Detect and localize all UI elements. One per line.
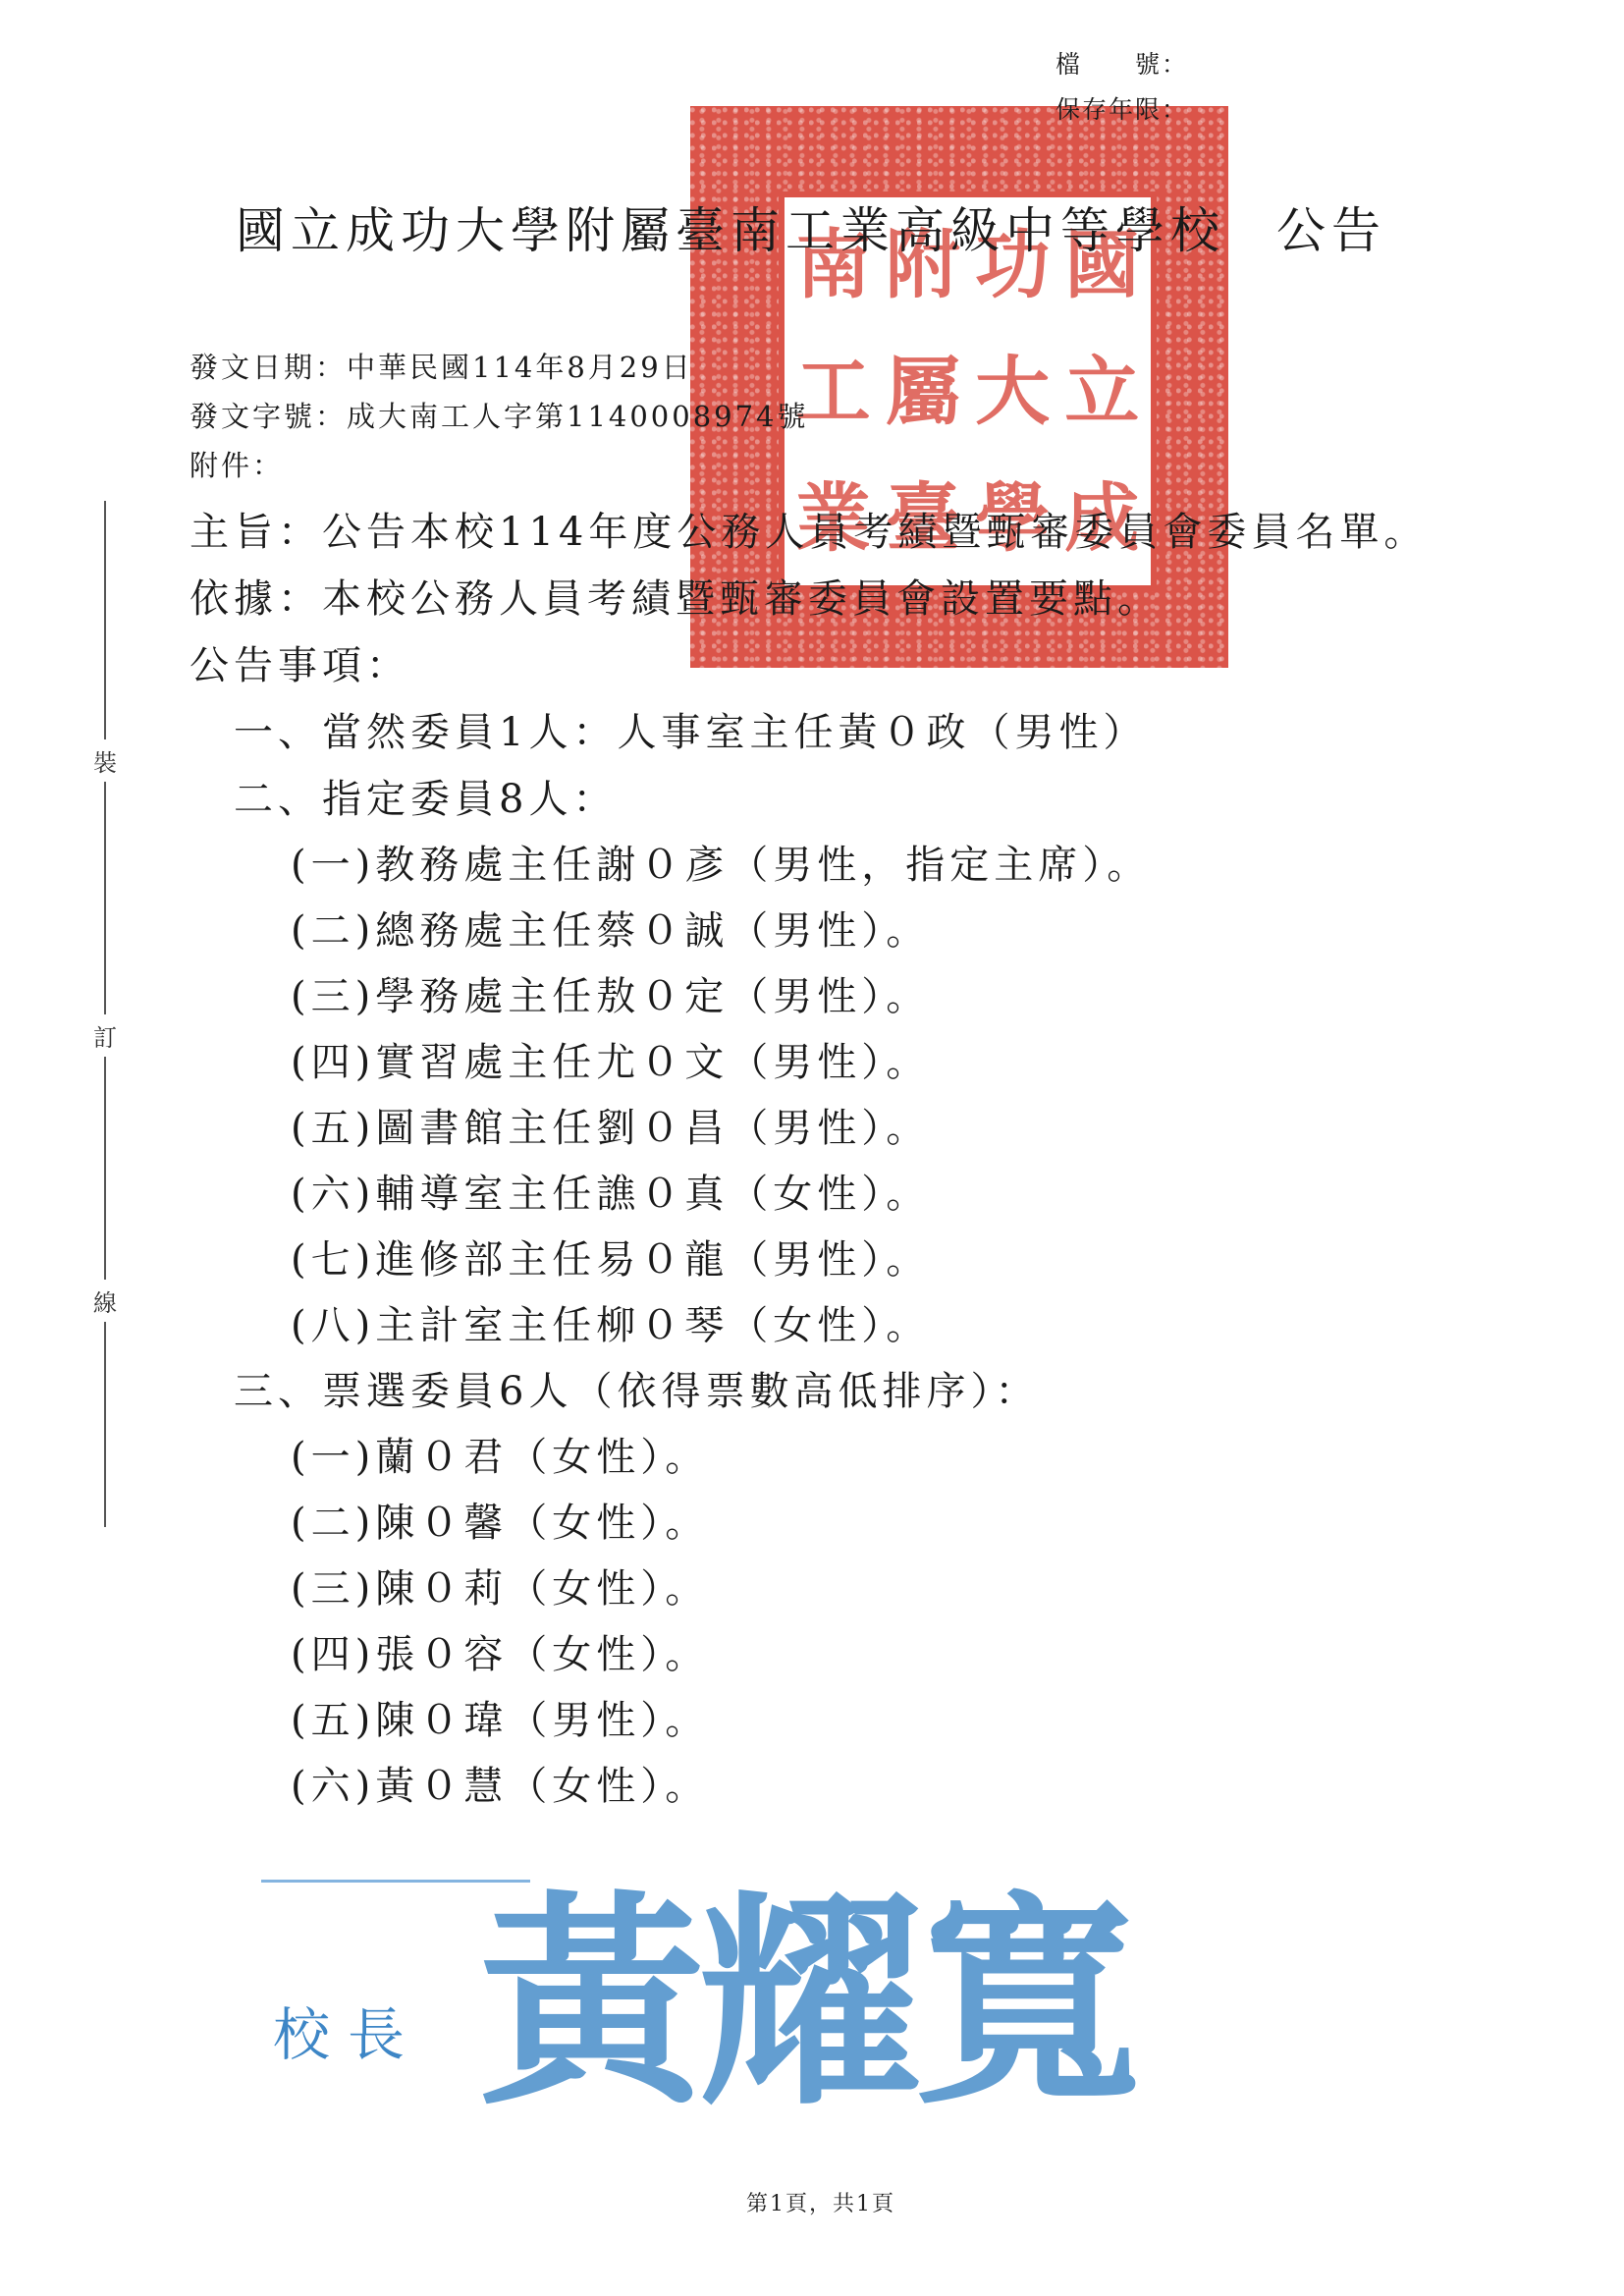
attachment-label: 附件： (189, 444, 284, 484)
principal-title: 校長 (273, 1989, 422, 2071)
elected-member: (六)黃０慧（女性）。 (291, 1755, 709, 1811)
school-name: 國立成功大學附屬臺南工業高級中等學校 (236, 202, 1225, 259)
designated-member: (五)圖書館主任劉０昌（男性）。 (291, 1097, 930, 1153)
issue-date: 發文日期：中華民國114年8月29日 (189, 346, 693, 386)
designated-member: (七)進修部主任易０龍（男性）。 (291, 1229, 930, 1285)
items-heading: 公告事項： (189, 634, 410, 690)
elected-member: (四)張０容（女性）。 (291, 1623, 709, 1679)
designated-member: (一)教務處主任謝０彥（男性，指定主席）。 (291, 834, 1151, 890)
elected-member: (五)陳０瑋（男性）。 (291, 1689, 709, 1745)
seal-char: 大 (970, 330, 1056, 453)
binding-label-xian: 線 (90, 1280, 120, 1322)
section-designated: 二、指定委員8人： (234, 768, 617, 824)
elected-member: (二)陳０馨（女性）。 (291, 1492, 709, 1548)
document-number: 發文字號：成大南工人字第1140008974號 (189, 395, 809, 435)
section-elected: 三、票選委員6人（依得票數高低排序）： (234, 1360, 1039, 1416)
subject-line: 主旨：公告本校114年度公務人員考績暨甄審委員會委員名單。 (189, 501, 1428, 557)
binding-label-ding: 訂 (90, 1014, 120, 1057)
designated-member: (四)實習處主任尤０文（男性）。 (291, 1031, 930, 1087)
file-number-label: 檔 號： (1056, 50, 1188, 79)
elected-member: (一)蘭０君（女性）。 (291, 1426, 709, 1482)
document-title: 國立成功大學附屬臺南工業高級中等學校公告 (236, 191, 1386, 262)
designated-member: (三)學務處主任敖０定（男性）。 (291, 965, 930, 1021)
retention-period-label: 保存年限： (1056, 95, 1188, 124)
seal-char: 屬 (880, 330, 965, 453)
file-number-field: 檔 號： (1056, 45, 1188, 81)
designated-member: (八)主計室主任柳０琴（女性）。 (291, 1294, 930, 1350)
page-number: 第1頁，共1頁 (746, 2187, 895, 2217)
basis-line: 依據：本校公務人員考績暨甄審委員會設置要點。 (189, 568, 1162, 624)
binding-label-zhuang: 裝 (90, 739, 120, 782)
designated-member: (二)總務處主任蔡０誠（男性）。 (291, 900, 930, 956)
designated-member: (六)輔導室主任譙０真（女性）。 (291, 1163, 930, 1219)
principal-signature-stamp: 黃耀寬 (479, 1890, 1133, 2116)
seal-char: 立 (1059, 330, 1145, 453)
document-kind: 公告 (1276, 202, 1386, 259)
retention-period-field: 保存年限： (1056, 90, 1188, 126)
elected-member: (三)陳０莉（女性）。 (291, 1558, 709, 1613)
section-ex-officio: 一、當然委員1人：人事室主任黃０政（男性） (234, 701, 1147, 757)
